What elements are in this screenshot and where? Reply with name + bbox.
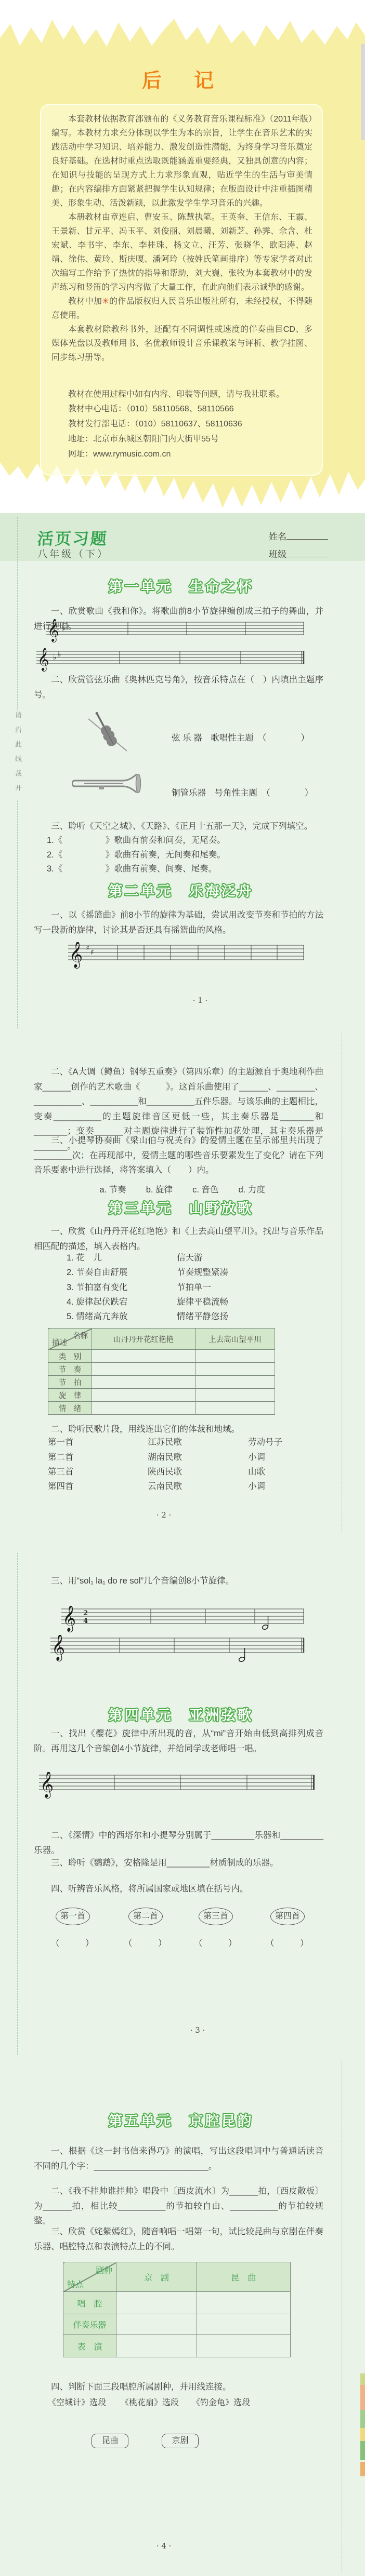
column-header: 京 剧: [116, 2262, 197, 2292]
table-corner-cell: 剧种特点: [63, 2262, 116, 2292]
empty-cell: [197, 2314, 291, 2335]
unit4-q4: 四、听辨音乐风格，将所属国家或地区填在括号内。: [34, 1882, 323, 1897]
descriptor-pair: 4. 旋律起伏跌宕旋律平稳流畅: [67, 1295, 228, 1307]
postscript-title: 后 记: [51, 64, 311, 93]
piece-oval-3: 第三首: [199, 1908, 233, 1925]
match-row: 第一首江苏民歌劳动号子: [48, 1435, 282, 1447]
treble-clef-icon: 𝄞: [47, 619, 59, 642]
corner-label-top: 名称: [73, 1330, 88, 1341]
empty-cell: [116, 2292, 197, 2314]
answer-paren-4: （ ）: [266, 1936, 309, 1949]
corner-label-top: 剧种: [96, 2264, 112, 2276]
edge-strip-segment: [360, 2385, 365, 2410]
column-header: 山丹丹开花红艳艳: [92, 1329, 195, 1350]
staff-unit1-line2: 𝄞 ♭♭: [36, 648, 307, 675]
answer-paren-3: （ ）: [194, 1936, 237, 1949]
option-a: a. 节奏: [99, 1185, 126, 1195]
postscript-paragraph: 本套教材除教科书外，还配有不同调性或速度的伴奏曲目CD、多媒体光盘以及教师用书、…: [51, 323, 312, 365]
empty-cell: [195, 1376, 275, 1389]
copyright-text-before: 教材中加: [68, 297, 102, 306]
descriptor-pair: 2. 节奏自由舒展节奏规整紧凑: [67, 1265, 228, 1278]
unit4-q1: 一、找出《樱花》旋律中所出现的音，从“mi”音开始由低到高排列成音阶。再用这几个…: [34, 1726, 323, 1756]
name-label: 姓名: [269, 532, 286, 542]
cut-line-page4: [342, 2061, 342, 2572]
contact-line-address: 地址：北京市东城区朝阳门内大街甲55号: [51, 432, 312, 447]
page-number-2: · 2 ·: [148, 1510, 179, 1520]
unit1-q2: 二、欣赏管弦乐曲《奥林匹克号角》，按音乐特点在（ ）内填出主题序号。: [34, 673, 323, 702]
cut-line-page3: [17, 1553, 18, 2055]
unit1-title: 第一单元 生命之杯: [51, 575, 311, 596]
class-field: 班级: [269, 547, 328, 560]
column-header: 上去高山望平川: [195, 1329, 275, 1350]
empty-cell: [92, 1350, 195, 1363]
postscript-box: 本套教材依据教育部颁布的《义务教育音乐课程标准》（2011年版）编写。本教材力求…: [40, 104, 323, 476]
trombone-icon: [72, 773, 150, 797]
cut-line-text: 请沿此线裁开: [13, 710, 23, 800]
edge-strip-segment: [360, 2428, 365, 2441]
match-row: 第四首云南民歌小调: [48, 1479, 265, 1492]
page-number-3: · 3 ·: [182, 2025, 213, 2035]
unit5-q4: 四、判断下面三段唱腔所属剧种，并用线连接。: [34, 2380, 323, 2395]
aria-selection-2: 《桃花扇》选段: [121, 2396, 179, 2408]
option-c: c. 音色: [192, 1185, 218, 1195]
unit2-q1: 一、以《摇篮曲》前8小节的旋律为基础，尝试用改变节奏和节拍的方法写一段新的旋律，…: [34, 908, 323, 937]
sharp-icon: ♯: [86, 944, 89, 952]
unit3-title: 第三单元 山野放歌: [51, 1197, 311, 1217]
piece-oval-2: 第二首: [128, 1908, 163, 1925]
unit3-compare-table: 名称描述 山丹丹开花红艳艳 上去高山望平川 类 别 节 奏 节 拍 旋 律 情 …: [48, 1328, 275, 1415]
unit2-q3: 三、小提琴协奏曲《梁山伯与祝英台》的爱情主题在呈示部里共出现了________次…: [34, 1133, 323, 1178]
workbook-grade: 八年级（下）: [37, 546, 109, 560]
violin-icon: [82, 705, 132, 755]
postscript-paragraph: 教材在使用过程中如有内容、印装等问题，请与我社联系。: [51, 387, 312, 401]
name-field: 姓名: [269, 529, 328, 542]
unit4-title: 第四单元 亚洲弦歌: [51, 1704, 311, 1724]
treble-clef-icon: 𝄞: [69, 942, 83, 969]
time-signature-4: 4: [83, 1617, 88, 1625]
unit5-compare-table: 剧种特点 京 剧 昆 曲 唱 腔 伴奏乐器 表 演: [63, 2262, 291, 2357]
match-row: 第二首湖南民歌小调: [48, 1450, 265, 1463]
empty-cell: [116, 2335, 197, 2357]
name-blank: [286, 530, 328, 540]
flat-icon: ♭: [58, 650, 61, 659]
contact-line-distribution: 教材发行部电话：（010）58110637、58110636: [51, 417, 312, 432]
unit1-q3-item: 1.《 》歌曲有前奏和间奏，无尾奏。: [47, 833, 226, 846]
genre-box-kunqu: 昆曲: [92, 2434, 128, 2448]
edge-strip-segment: [360, 2441, 365, 2460]
treble-clef-icon: 𝄞: [37, 648, 49, 672]
option-b: b. 旋律: [146, 1185, 173, 1195]
unit5-q3: 三、欣赏《姹紫嫣红》，随音响唱一唱第一句，试比较昆曲与京剧在伴奏乐器、唱腔特点和…: [34, 2224, 323, 2254]
unit2-title: 第二单元 乐海泛舟: [51, 880, 311, 900]
genre-box-jingju: 京剧: [162, 2434, 199, 2448]
unit3-q1: 一、欣赏《山丹丹开花红艳艳》和《上去高山望平川》。找出与音乐作品相匹配的描述，填…: [34, 1224, 323, 1254]
page-edge-tab: [361, 44, 365, 140]
unit1-q3-item: 3.《 》歌曲有前奏、间奏、尾奏。: [47, 862, 217, 874]
empty-cell: [197, 2292, 291, 2314]
row-header: 表 演: [63, 2335, 116, 2357]
aria-selection-1: 《空城计》选段: [48, 2396, 106, 2408]
table-corner-cell: 名称描述: [48, 1329, 92, 1350]
unit1-q3: 三、聆听《天空之城》、《天路》、《正月十五那一天》，完成下列填空。: [34, 819, 323, 834]
empty-cell: [195, 1402, 275, 1415]
descriptor-pair: 1. 花 儿信天游: [67, 1251, 203, 1263]
page-number-1: · 1 ·: [185, 996, 216, 1005]
descriptor-pair: 3. 节拍富有变化节拍单一: [67, 1280, 211, 1293]
corner-label-bottom: 描述: [52, 1337, 67, 1348]
descriptor-pair: 5. 情绪高亢奔放情绪平静悠扬: [67, 1309, 228, 1322]
edge-strip-segment: [360, 2462, 365, 2476]
class-blank: [286, 547, 328, 557]
row-header: 唱 腔: [63, 2292, 116, 2314]
staff-unit2: 𝄞 ♯♯: [68, 942, 306, 971]
empty-cell: [92, 1389, 195, 1402]
red-copyright-mark-icon: ✳: [102, 297, 109, 306]
class-label: 班级: [269, 549, 286, 559]
cut-line-page2: [342, 1032, 342, 1532]
treble-clef-icon: 𝄞: [51, 1635, 65, 1661]
strings-theme-line: 弦 乐 器 歌唱性主题 （ ）: [172, 731, 309, 743]
unit5-q1: 一、根据《这一封书信来得巧》的演唱，写出这段唱词中与普通话读音不同的几个字：__…: [34, 2144, 323, 2173]
column-header: 昆 曲: [197, 2262, 291, 2292]
unit3-q3: 三、用“sol₁ la₁ do re sol”几个音编创8小节旋律。: [34, 1574, 323, 1589]
contact-block: 教材中心电话：（010）58110568、58110566 教材发行部电话：（0…: [51, 401, 312, 462]
staff-unit3-line1: 𝄞 24: [61, 1606, 307, 1636]
match-row: 第三首陕西民歌山歌: [48, 1465, 265, 1477]
row-header: 节 拍: [48, 1376, 92, 1389]
postscript-paragraph: 本套教材依据教育部颁布的《义务教育音乐课程标准》（2011年版）编写。本教材力求…: [51, 112, 312, 210]
postscript-paragraph: 教材中加✳的作品版权归人民音乐出版社所有，未经授权，不得随意使用。: [51, 294, 312, 323]
empty-cell: [92, 1376, 195, 1389]
page-number-4: · 4 ·: [148, 2541, 179, 2551]
staff-unit4: 𝄞: [39, 1772, 317, 1802]
postscript-paragraph: 本册教材由章连启、曹安玉、陈慧执笔。王英奎、王信东、王霞、王景新、甘元平、冯玉平…: [51, 210, 312, 294]
scanned-workbook-page: 后 记 本套教材依据教育部颁布的《义务教育音乐课程标准》（2011年版）编写。本…: [0, 0, 365, 2576]
unit4-q2: 二、《深情》中的西塔尔和小提琴分别属于_________乐器和_________…: [34, 1828, 323, 1858]
option-d: d. 力度: [238, 1185, 265, 1195]
empty-cell: [116, 2314, 197, 2335]
treble-clef-icon: 𝄞: [40, 1772, 54, 1799]
edge-strip-segment: [360, 2410, 365, 2428]
contact-line-phone: 教材中心电话：（010）58110568、58110566: [51, 401, 312, 417]
half-note-icon: [262, 1624, 268, 1630]
half-note-icon: [238, 1656, 245, 1662]
empty-cell: [195, 1363, 275, 1376]
staff-unit1-line1: 𝄞 ♭♭: [46, 619, 306, 646]
flat-icon: ♭: [53, 653, 57, 662]
row-header: 旋 律: [48, 1389, 92, 1402]
staff-unit3-line2: 𝄞: [50, 1635, 306, 1667]
flat-icon: ♭: [62, 624, 66, 633]
edge-strip-segment: [360, 2373, 365, 2385]
piece-oval-1: 第一首: [56, 1908, 90, 1925]
empty-cell: [92, 1402, 195, 1415]
row-header: 伴奏乐器: [63, 2314, 116, 2335]
sharp-icon: ♯: [90, 948, 94, 957]
empty-cell: [92, 1363, 195, 1376]
aria-selection-3: 《钓金龟》选段: [192, 2396, 250, 2408]
row-header: 节 奏: [48, 1363, 92, 1376]
piece-oval-4: 第四首: [270, 1908, 305, 1925]
corner-label-bottom: 特点: [67, 2278, 84, 2290]
empty-cell: [195, 1389, 275, 1402]
empty-cell: [195, 1350, 275, 1363]
flat-icon: ♭: [67, 621, 70, 629]
brass-theme-line: 铜管乐器 号角性主题 （ ）: [172, 786, 313, 798]
unit4-q3: 三、聆听《鹦鹉》，安格隆是用_________材质制成的乐器。: [34, 1856, 323, 1871]
contact-line-website: 网址：www.rymusic.com.cn: [51, 447, 312, 462]
unit5-title: 第五单元 京腔昆韵: [51, 2110, 311, 2130]
unit1-q3-item: 2.《 》歌曲有前奏，无间奏和尾奏。: [47, 848, 226, 860]
treble-clef-icon: 𝄞: [62, 1606, 76, 1632]
answer-paren-1: （ ）: [51, 1936, 94, 1949]
time-signature-2: 2: [83, 1609, 88, 1617]
empty-cell: [197, 2335, 291, 2357]
row-header: 类 别: [48, 1350, 92, 1363]
answer-paren-2: （ ）: [124, 1936, 167, 1949]
workbook-title: 活页习题: [36, 526, 109, 549]
row-header: 情 绪: [48, 1402, 92, 1415]
unit5-q2: 二、《我不挂帅谁挂帅》唱段中〔西皮流水〕为______拍，〔西皮散板〕为____…: [34, 2184, 323, 2229]
